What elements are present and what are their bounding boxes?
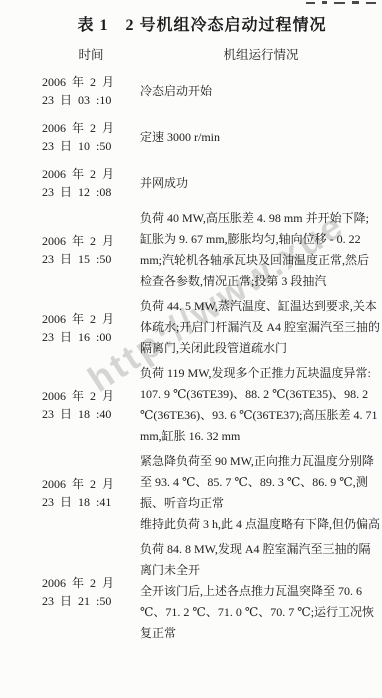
date-line-1: 2006 年 2 月 xyxy=(42,119,140,137)
status-paragraph: 负荷 84. 8 MW,发现 A4 腔室漏汽至三抽的隔离门未全开 xyxy=(140,539,380,581)
status-cell: 冷态启动开始 xyxy=(140,70,382,112)
date-line-2: 23 日 18 :40 xyxy=(42,405,140,423)
table-row: 2006 年 2 月 23 日 10 :50 定速 3000 r/min xyxy=(0,116,382,158)
status-cell: 定速 3000 r/min xyxy=(140,116,382,158)
scanned-document-page: http://www.xue 表 1 2 号机组冷态启动过程情况 时间 机组运行… xyxy=(0,0,382,698)
status-paragraph: 紧急降负荷至 90 MW,正向推力瓦温度分别降至 93. 4 ℃、85. 7 ℃… xyxy=(140,451,380,514)
time-cell: 2006 年 2 月 23 日 18 :41 xyxy=(42,451,140,535)
date-line-1: 2006 年 2 月 xyxy=(42,387,140,405)
date-line-1: 2006 年 2 月 xyxy=(42,232,140,250)
date-line-2: 23 日 18 :41 xyxy=(42,493,140,511)
table-row: 2006 年 2 月 23 日 18 :40 负荷 119 MW,发现多个正推力… xyxy=(0,363,382,447)
date-line-1: 2006 年 2 月 xyxy=(42,574,140,592)
status-cell: 负荷 40 MW,高压胀差 4. 98 mm 并开始下降;缸胀为 9. 67 m… xyxy=(140,208,382,292)
date-line-2: 23 日 15 :50 xyxy=(42,250,140,268)
table-title: 表 1 2 号机组冷态启动过程情况 xyxy=(0,12,382,35)
date-line-2: 23 日 12 :08 xyxy=(42,183,140,201)
status-paragraph: 并网成功 xyxy=(140,173,380,194)
status-paragraph: 全开该门后,上述各点推力瓦温突降至 70. 6 ℃、71. 2 ℃、71. 0 … xyxy=(140,581,380,644)
table-row: 2006 年 2 月 23 日 15 :50 负荷 40 MW,高压胀差 4. … xyxy=(0,208,382,292)
table-header-row: 时间 机组运行情况 xyxy=(0,45,382,63)
table-row: 2006 年 2 月 23 日 18 :41 紧急降负荷至 90 MW,正向推力… xyxy=(0,451,382,535)
time-cell: 2006 年 2 月 23 日 03 :10 xyxy=(42,70,140,112)
time-cell: 2006 年 2 月 23 日 18 :40 xyxy=(42,363,140,447)
date-line-2: 23 日 21 :50 xyxy=(42,592,140,610)
date-line-1: 2006 年 2 月 xyxy=(42,475,140,493)
table-row: 2006 年 2 月 23 日 16 :00 负荷 44. 5 MW,蒸汽温度、… xyxy=(0,296,382,359)
status-paragraph: 负荷 119 MW,发现多个正推力瓦块温度异常: 107. 9 ℃(36TE39… xyxy=(140,363,380,447)
date-line-1: 2006 年 2 月 xyxy=(42,165,140,183)
time-cell: 2006 年 2 月 23 日 10 :50 xyxy=(42,116,140,158)
table-row: 2006 年 2 月 23 日 21 :50 负荷 84. 8 MW,发现 A4… xyxy=(0,539,382,644)
table-row: 2006 年 2 月 23 日 03 :10 冷态启动开始 xyxy=(0,70,382,112)
date-line-1: 2006 年 2 月 xyxy=(42,73,140,91)
status-paragraph: 定速 3000 r/min xyxy=(140,127,380,148)
status-paragraph: 负荷 44. 5 MW,蒸汽温度、缸温达到要求,关本体疏水;开启门杆漏汽及 A4… xyxy=(140,296,380,359)
status-cell: 紧急降负荷至 90 MW,正向推力瓦温度分别降至 93. 4 ℃、85. 7 ℃… xyxy=(140,451,382,535)
status-paragraph: 冷态启动开始 xyxy=(140,81,380,102)
status-paragraph: 负荷 40 MW,高压胀差 4. 98 mm 并开始下降;缸胀为 9. 67 m… xyxy=(140,208,380,292)
date-line-2: 23 日 10 :50 xyxy=(42,137,140,155)
time-cell: 2006 年 2 月 23 日 16 :00 xyxy=(42,296,140,359)
header-status-label: 机组运行情况 xyxy=(140,45,382,63)
status-cell: 负荷 84. 8 MW,发现 A4 腔室漏汽至三抽的隔离门未全开 全开该门后,上… xyxy=(140,539,382,644)
date-line-2: 23 日 03 :10 xyxy=(42,91,140,109)
time-cell: 2006 年 2 月 23 日 21 :50 xyxy=(42,539,140,644)
time-cell: 2006 年 2 月 23 日 12 :08 xyxy=(42,162,140,204)
status-cell: 负荷 119 MW,发现多个正推力瓦块温度异常: 107. 9 ℃(36TE39… xyxy=(140,363,382,447)
status-cell: 并网成功 xyxy=(140,162,382,204)
page-edge-clipped-text xyxy=(306,0,376,4)
time-cell: 2006 年 2 月 23 日 15 :50 xyxy=(42,208,140,292)
header-time-label: 时间 xyxy=(42,45,140,63)
status-cell: 负荷 44. 5 MW,蒸汽温度、缸温达到要求,关本体疏水;开启门杆漏汽及 A4… xyxy=(140,296,382,359)
date-line-1: 2006 年 2 月 xyxy=(42,310,140,328)
status-paragraph: 维持此负荷 3 h,此 4 点温度略有下降,但仍偏高 xyxy=(140,514,380,535)
date-line-2: 23 日 16 :00 xyxy=(42,328,140,346)
table-row: 2006 年 2 月 23 日 12 :08 并网成功 xyxy=(0,162,382,204)
